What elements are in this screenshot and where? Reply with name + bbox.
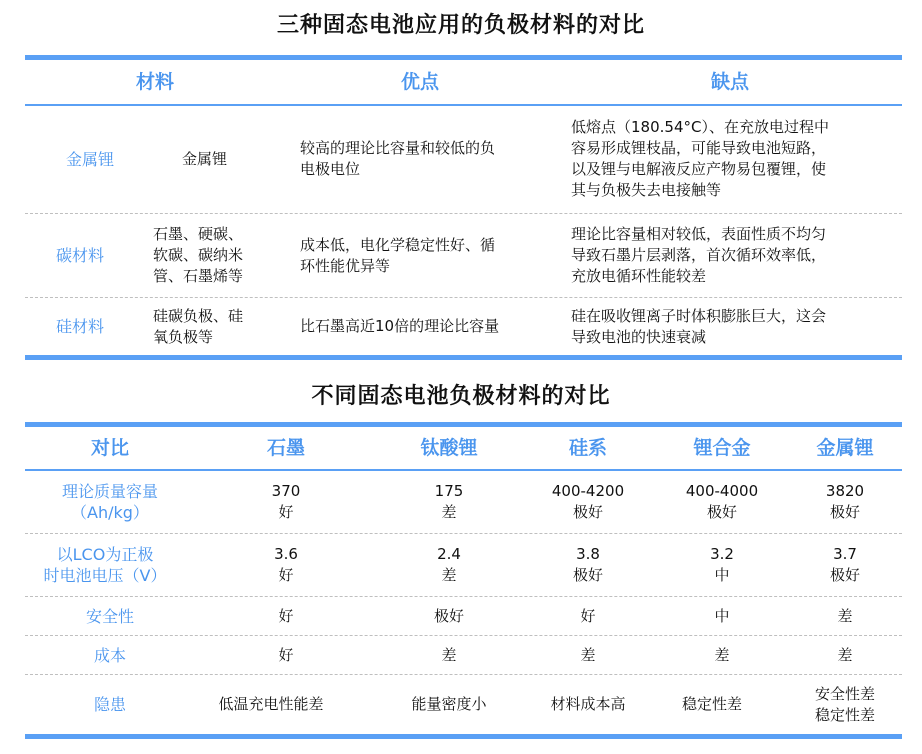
table2-bottom-rule — [25, 734, 902, 739]
cell-li-metal: 安全性差 稳定性差 — [785, 675, 905, 734]
cell-li-alloy: 稳定性差 — [652, 675, 772, 734]
row-pros: 较高的理论比容量和较低的负 电极电位 — [300, 106, 550, 212]
cell-silicon: 3.8 极好 — [538, 534, 638, 596]
table1-bottom-rule — [25, 355, 902, 360]
row-category: 金属锂 — [35, 106, 145, 212]
table1-header-cons: 缺点 — [670, 60, 790, 104]
table2-header-silicon: 硅系 — [538, 427, 638, 469]
cell-li-metal: 差 — [795, 597, 895, 635]
table2-header-li-metal: 金属锂 — [795, 427, 895, 469]
cell-li-alloy: 中 — [672, 597, 772, 635]
cell-silicon: 400-4200 极好 — [538, 471, 638, 533]
row-cons: 硅在吸收锂离子时体积膨胀巨大，这会 导致电池的快速衰减 — [571, 298, 901, 355]
cell-graphite: 好 — [236, 636, 336, 674]
cell-lto: 极好 — [399, 597, 499, 635]
row-cons: 低熔点（180.54°C）、在充放电过程中 容易形成锂枝晶，可能导致电池短路， … — [571, 106, 901, 212]
cell-lto: 能量密度小 — [379, 675, 519, 734]
cell-li-metal: 3820 极好 — [795, 471, 895, 533]
row-materials: 金属锂 — [182, 106, 292, 212]
cell-li-metal: 差 — [795, 636, 895, 674]
cell-silicon: 好 — [538, 597, 638, 635]
cell-silicon: 材料成本高 — [518, 675, 658, 734]
row-materials: 硅碳负极、硅 氧负极等 — [153, 298, 283, 355]
cell-lto: 175 差 — [399, 471, 499, 533]
table2-header-li-alloy: 锂合金 — [672, 427, 772, 469]
cell-li-alloy: 3.2 中 — [672, 534, 772, 596]
row-label: 理论质量容量 （Ah/kg） — [30, 471, 190, 533]
table2-title: 不同固态电池负极材料的对比 — [0, 380, 922, 414]
cell-li-alloy: 400-4000 极好 — [672, 471, 772, 533]
row-materials: 石墨、硬碳、 软碳、碳纳米 管、石墨烯等 — [153, 214, 283, 297]
cell-graphite: 3.6 好 — [236, 534, 336, 596]
row-pros: 成本低，电化学稳定性好、循 环性能优异等 — [300, 214, 550, 297]
cell-lto: 2.4 差 — [399, 534, 499, 596]
table1-header-pros: 优点 — [360, 60, 480, 104]
row-label: 隐患 — [60, 675, 160, 734]
row-label: 以LCO为正极 时电池电压（V） — [20, 534, 190, 596]
row-cons: 理论比容量相对较低，表面性质不均匀 导致石墨片层剥落，首次循环效率低， 充放电循… — [571, 214, 901, 297]
row-label: 成本 — [60, 636, 160, 674]
table2-header-lto: 钛酸锂 — [399, 427, 499, 469]
table1-header-material: 材料 — [100, 60, 210, 104]
row-category: 硅材料 — [35, 298, 125, 355]
table2-header-graphite: 石墨 — [236, 427, 336, 469]
row-pros: 比石墨高近10倍的理论比容量 — [300, 298, 550, 355]
table1-title: 三种固态电池应用的负极材料的对比 — [0, 10, 922, 42]
cell-li-metal: 3.7 极好 — [795, 534, 895, 596]
table2-header-compare: 对比 — [60, 427, 160, 469]
cell-graphite: 370 好 — [236, 471, 336, 533]
cell-graphite: 低温充电性能差 — [196, 675, 346, 734]
row-label: 安全性 — [60, 597, 160, 635]
row-category: 碳材料 — [35, 214, 125, 297]
cell-silicon: 差 — [538, 636, 638, 674]
cell-graphite: 好 — [236, 597, 336, 635]
cell-lto: 差 — [399, 636, 499, 674]
cell-li-alloy: 差 — [672, 636, 772, 674]
